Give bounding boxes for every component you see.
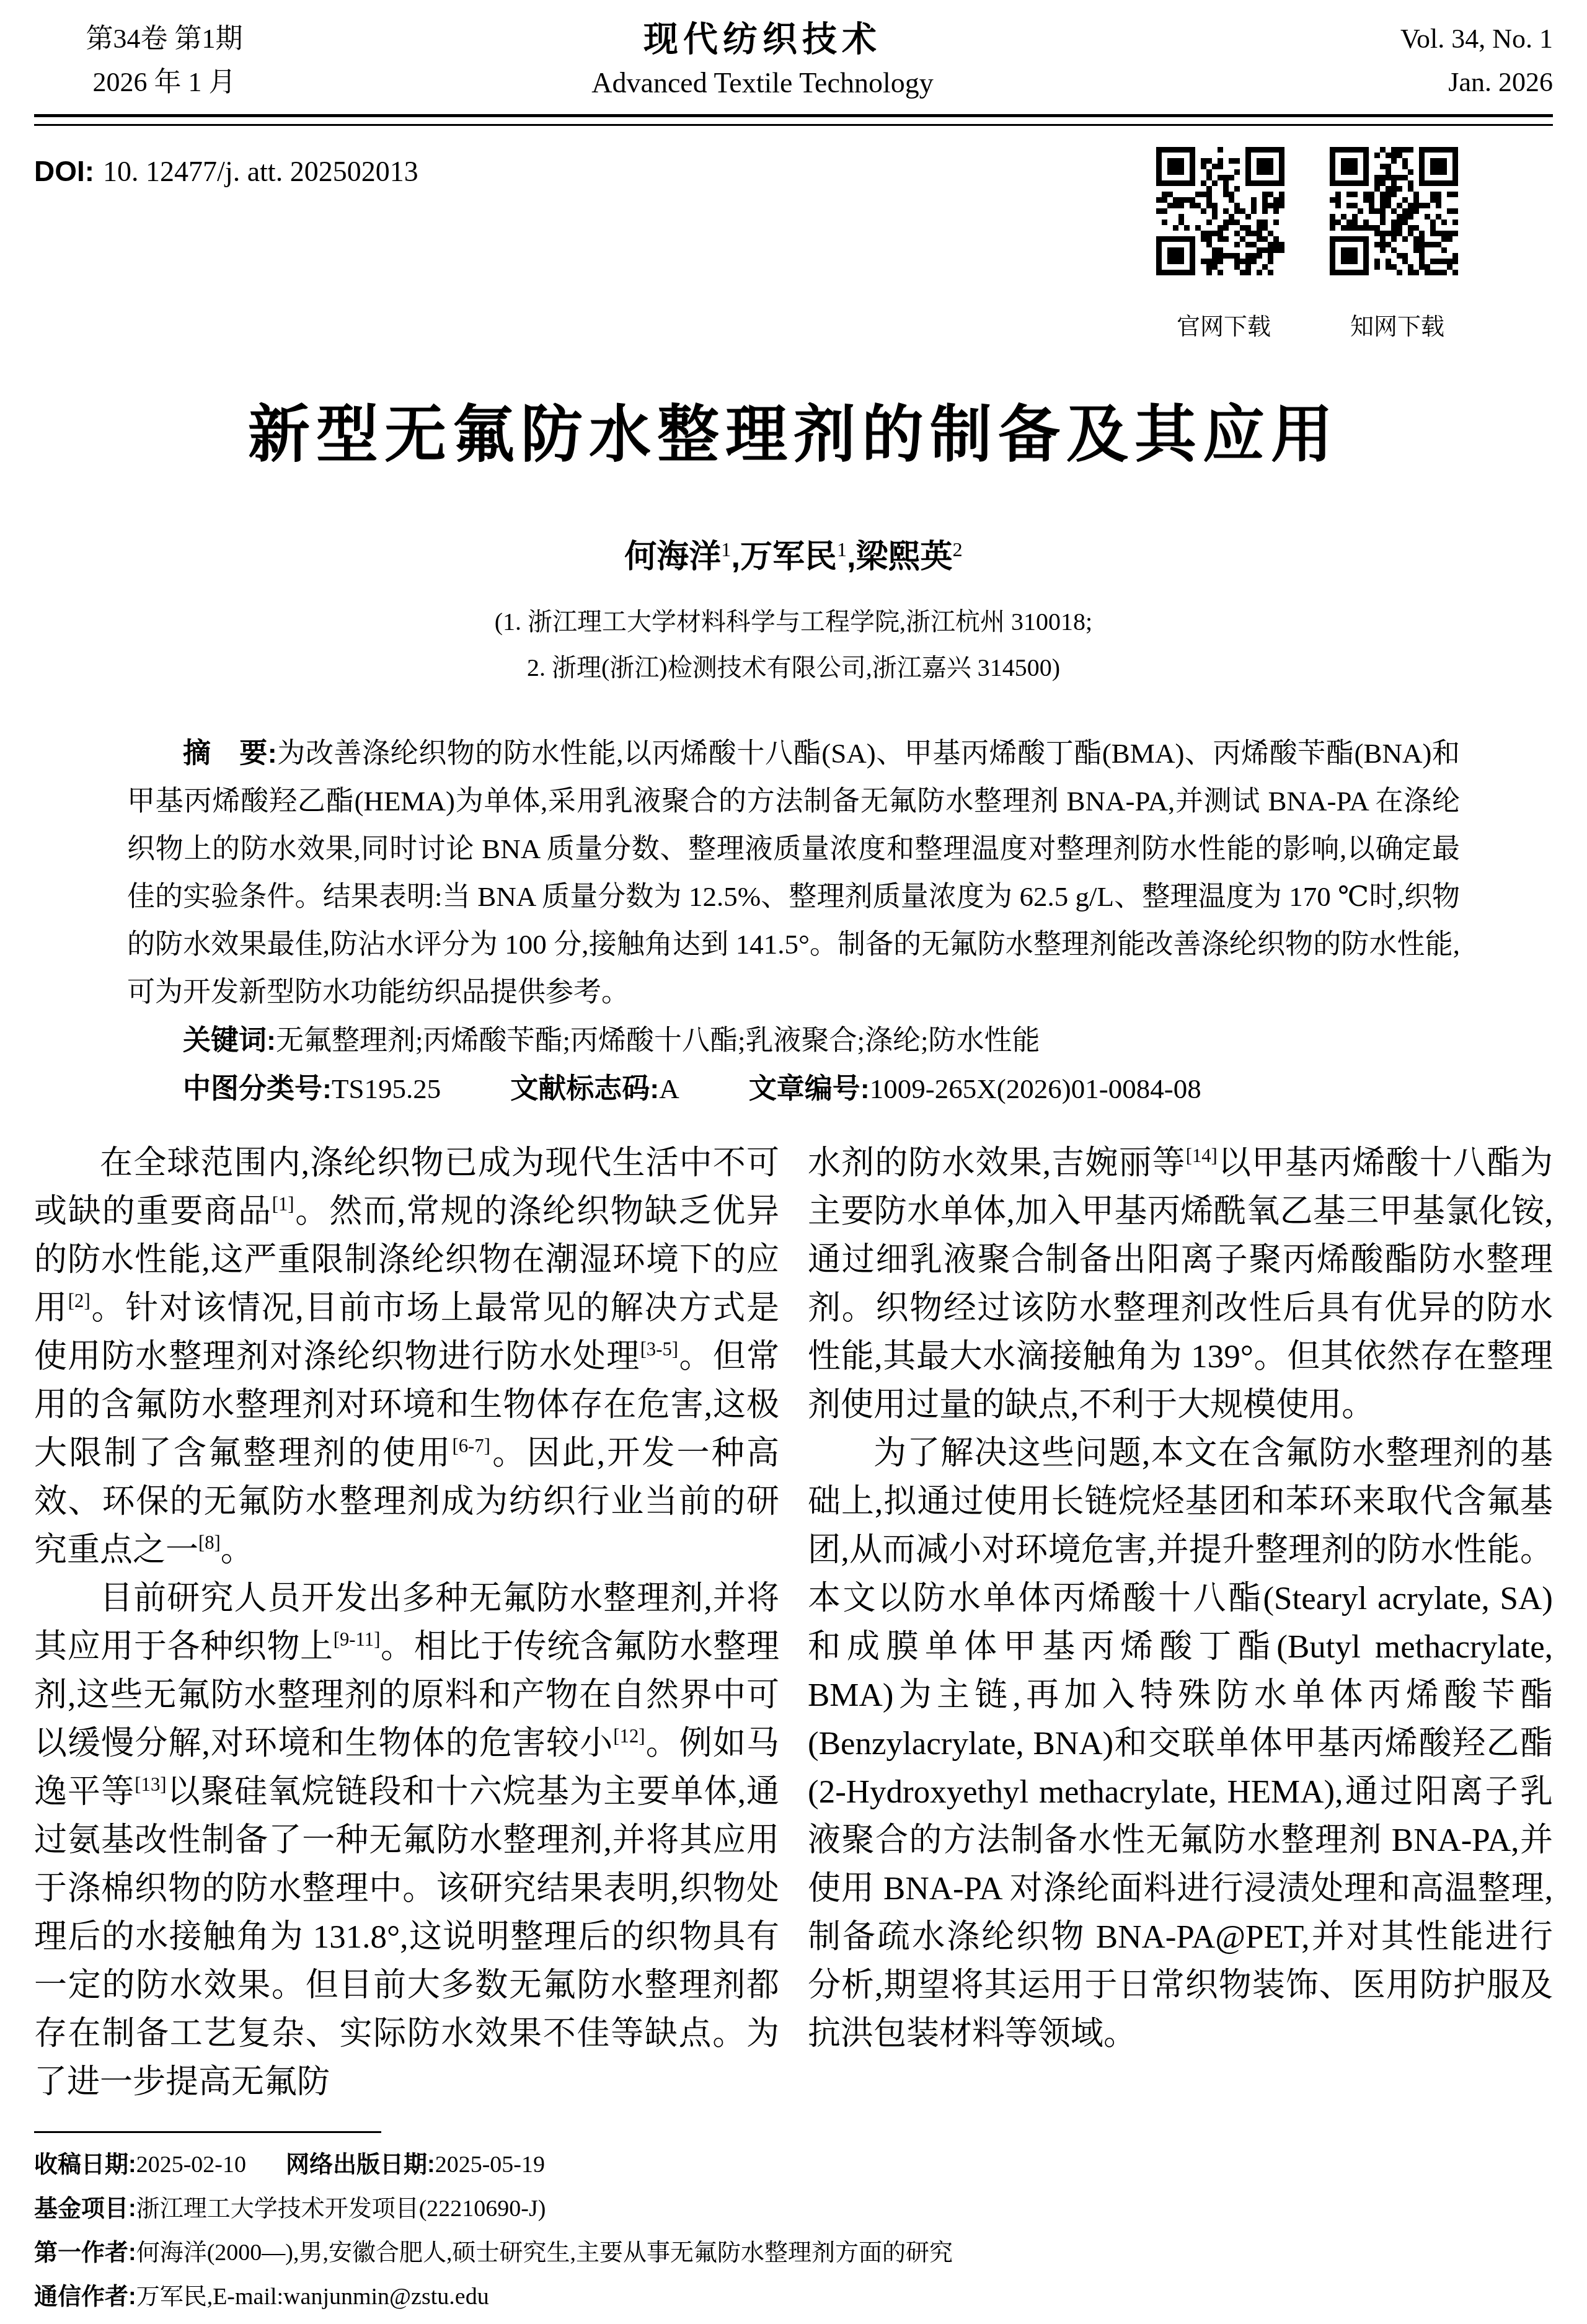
- qr-cnki-label: 知网下载: [1330, 307, 1465, 341]
- header-divider: [34, 114, 1553, 126]
- volume-issue-en: Vol. 34, No. 1: [1231, 17, 1553, 61]
- body-column-right: 水剂的防水效果,吉婉丽等[14]以甲基丙烯酸十八酯为主要防水单体,加入甲基丙烯酰…: [808, 1139, 1553, 2106]
- qr-codes: 官网下载 知网下载: [1156, 147, 1465, 341]
- article-title: 新型无氟防水整理剂的制备及其应用: [34, 395, 1553, 476]
- first-author-label: 第一作者:: [34, 2240, 136, 2266]
- journal-name-block: 现代纺织技术 Advanced Textile Technology: [294, 17, 1231, 104]
- body-paragraph: 目前研究人员开发出多种无氟防水整理剂,并将其应用于各种织物上[9-11]。相比于…: [34, 1574, 779, 2106]
- journal-name-en: Advanced Textile Technology: [294, 62, 1231, 104]
- received-date-label: 收稿日期:: [34, 2152, 136, 2178]
- keywords-line: 关键词:无氟整理剂;丙烯酸苄酯;丙烯酸十八酯;乳液聚合;涤纶;防水性能: [127, 1016, 1460, 1065]
- keywords-text: 无氟整理剂;丙烯酸苄酯;丙烯酸十八酯;乳液聚合;涤纶;防水性能: [276, 1025, 1040, 1056]
- classification-line: 中图分类号:TS195.25文献标志码:A文章编号:1009-265X(2026…: [127, 1065, 1460, 1113]
- received-date-value: 2025-02-10: [136, 2152, 246, 2178]
- online-date-value: 2025-05-19: [435, 2152, 545, 2178]
- first-author-line: 第一作者:何海洋(2000—),男,安徽合肥人,硕士研究生,主要从事无氟防水整理…: [34, 2231, 1553, 2275]
- author-affiliation-mark: 2: [953, 538, 963, 561]
- doi-value: 10. 12477/j. att. 202502013: [103, 156, 418, 187]
- article-no-segment: 文章编号:1009-265X(2026)01-0084-08: [749, 1073, 1201, 1104]
- qr-official-block: 官网下载: [1156, 147, 1291, 341]
- doi-label: DOI:: [34, 155, 94, 187]
- author-name: 何海洋: [624, 539, 721, 575]
- doc-code-value: A: [659, 1073, 679, 1104]
- affiliation-line: 2. 浙理(浙江)检测技术有限公司,浙江嘉兴 314500): [34, 645, 1553, 691]
- abstract-section: 摘 要:为改善涤纶织物的防水性能,以丙烯酸十八酯(SA)、甲基丙烯酸丁酯(BMA…: [127, 729, 1460, 1113]
- affiliation-line: (1. 浙江理工大学材料科学与工程学院,浙江杭州 310018;: [34, 599, 1553, 645]
- qr-code-official-download: [1156, 147, 1291, 282]
- body-column-left: 在全球范围内,涤纶织物已成为现代生活中不可或缺的重要商品[1]。然而,常规的涤纶…: [34, 1139, 779, 2106]
- online-date-label: 网络出版日期:: [286, 2152, 435, 2178]
- article-no-value: 1009-265X(2026)01-0084-08: [870, 1073, 1201, 1104]
- clc-value: TS195.25: [332, 1073, 441, 1104]
- journal-header: 第34卷 第1期 2026 年 1 月 现代纺织技术 Advanced Text…: [34, 17, 1553, 104]
- doc-code-segment: 文献标志码:A: [510, 1073, 679, 1104]
- abstract-text: 为改善涤纶织物的防水性能,以丙烯酸十八酯(SA)、甲基丙烯酸丁酯(BMA)、丙烯…: [127, 738, 1460, 1008]
- doi-qr-section: DOI:10. 12477/j. att. 202502013 官网下载 知网下…: [34, 154, 1553, 379]
- qr-official-label: 官网下载: [1156, 307, 1291, 341]
- qr-cnki-block: 知网下载: [1330, 147, 1465, 341]
- footnote-divider: [34, 2131, 381, 2133]
- author-affiliation-mark: 1: [837, 538, 847, 561]
- clc-label: 中图分类号:: [183, 1073, 332, 1104]
- journal-name-cn: 现代纺织技术: [294, 17, 1231, 62]
- volume-issue-cn: 第34卷 第1期: [34, 17, 294, 61]
- fund-line: 基金项目:浙江理工大学技术开发项目(22210690-J): [34, 2187, 1553, 2231]
- corresponding-author-label: 通信作者:: [34, 2284, 136, 2310]
- qr-code-cnki-download: [1330, 147, 1465, 282]
- clc-segment: 中图分类号:TS195.25: [183, 1073, 441, 1104]
- author-name: ,万军民: [731, 539, 836, 575]
- body-columns: 在全球范围内,涤纶织物已成为现代生活中不可或缺的重要商品[1]。然而,常规的涤纶…: [34, 1139, 1553, 2106]
- corresponding-author-value: 万军民,E-mail:wanjunmin@zstu.edu: [136, 2284, 489, 2310]
- authors-line: 何海洋1,万军民1,梁熙英2: [34, 530, 1553, 577]
- issue-date-cn: 2026 年 1 月: [34, 61, 294, 104]
- body-paragraph: 为了解决这些问题,本文在含氟防水整理剂的基础上,拟通过使用长链烷烃基团和苯环来取…: [808, 1429, 1553, 2058]
- author-affiliation-mark: 1: [721, 538, 731, 561]
- affiliations: (1. 浙江理工大学材料科学与工程学院,浙江杭州 310018; 2. 浙理(浙…: [34, 599, 1553, 691]
- header-volume-issue-block: 第34卷 第1期 2026 年 1 月: [34, 17, 294, 104]
- doc-code-label: 文献标志码:: [510, 1073, 659, 1104]
- article-no-label: 文章编号:: [749, 1073, 870, 1104]
- abstract-paragraph: 摘 要:为改善涤纶织物的防水性能,以丙烯酸十八酯(SA)、甲基丙烯酸丁酯(BMA…: [127, 729, 1460, 1016]
- keywords-label: 关键词:: [183, 1024, 276, 1056]
- received-date-line: 收稿日期:2025-02-10网络出版日期:2025-05-19: [34, 2143, 1553, 2187]
- body-paragraph: 在全球范围内,涤纶织物已成为现代生活中不可或缺的重要商品[1]。然而,常规的涤纶…: [34, 1139, 779, 1574]
- fund-value: 浙江理工大学技术开发项目(22210690-J): [136, 2196, 546, 2222]
- paper-page: 第34卷 第1期 2026 年 1 月 现代纺织技术 Advanced Text…: [0, 0, 1587, 2324]
- issue-date-en: Jan. 2026: [1231, 61, 1553, 104]
- footnote-section: 收稿日期:2025-02-10网络出版日期:2025-05-19 基金项目:浙江…: [34, 2143, 1553, 2319]
- fund-label: 基金项目:: [34, 2196, 136, 2222]
- first-author-value: 何海洋(2000—),男,安徽合肥人,硕士研究生,主要从事无氟防水整理剂方面的研…: [136, 2240, 953, 2266]
- author-name: ,梁熙英: [847, 539, 952, 575]
- header-volume-issue-en-block: Vol. 34, No. 1 Jan. 2026: [1231, 17, 1553, 104]
- abstract-label: 摘 要:: [183, 737, 277, 769]
- body-paragraph-continuation: 水剂的防水效果,吉婉丽等[14]以甲基丙烯酸十八酯为主要防水单体,加入甲基丙烯酰…: [808, 1139, 1553, 1429]
- corresponding-author-line: 通信作者:万军民,E-mail:wanjunmin@zstu.edu: [34, 2275, 1553, 2319]
